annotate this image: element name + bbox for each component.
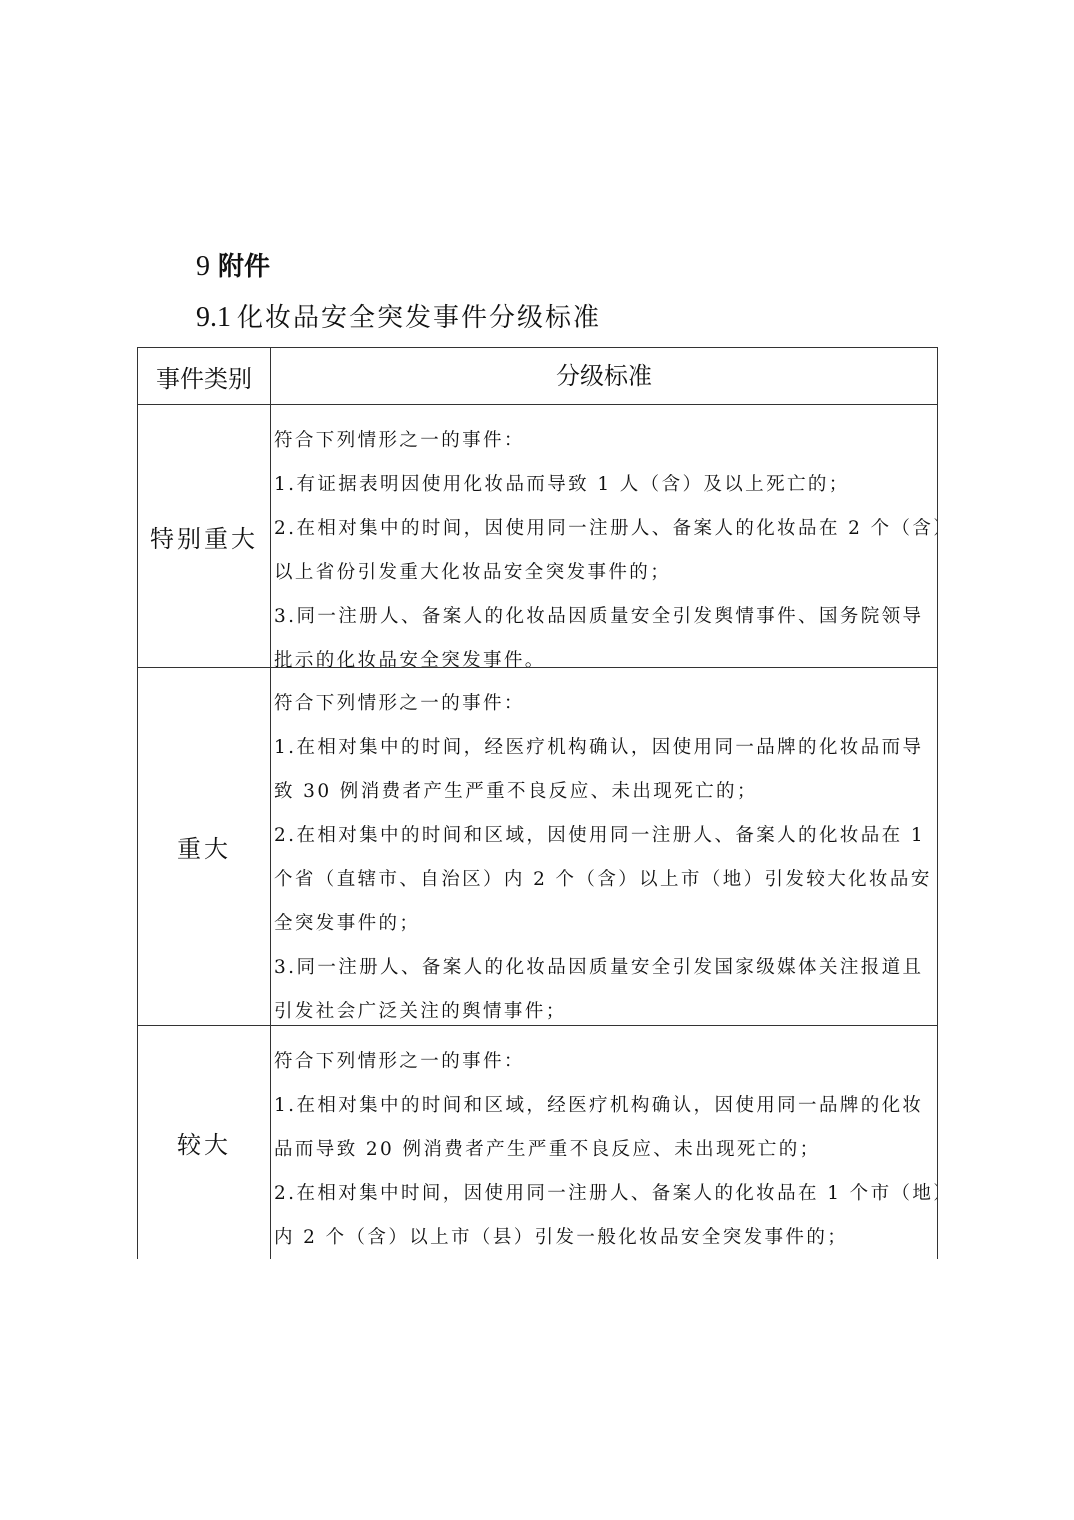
criteria-line: 3.同一注册人、备案人的化妆品因质量安全引发舆情事件、国务院领导 xyxy=(274,595,937,639)
section-heading: 9附件 xyxy=(196,250,270,284)
subsection-title: 化妆品安全突发事件分级标准 xyxy=(237,303,601,333)
criteria-line: 内 2 个（含）以上市（县）引发一般化妆品安全突发事件的； xyxy=(274,1216,937,1259)
section-title: 附件 xyxy=(218,252,270,282)
row-category: 特别重大 xyxy=(138,405,271,667)
criteria-line: 2.在相对集中的时间和区域，因使用同一注册人、备案人的化妆品在 1 xyxy=(274,814,937,858)
criteria-line: 符合下列情形之一的事件： xyxy=(274,419,937,463)
criteria-line: 个省（直辖市、自治区）内 2 个（含）以上市（地）引发较大化妆品安 xyxy=(274,858,937,902)
row-criteria: 符合下列情形之一的事件： 1.在相对集中的时间，经医疗机构确认，因使用同一品牌的… xyxy=(271,668,937,1025)
table-row: 较大 符合下列情形之一的事件： 1.在相对集中的时间和区域，经医疗机构确认，因使… xyxy=(137,1025,938,1259)
criteria-line: 3.同一注册人、备案人的化妆品因质量安全引发国家级媒体关注报道且 xyxy=(274,946,937,990)
section-number: 9 xyxy=(196,251,210,282)
criteria-line: 1.在相对集中的时间，经医疗机构确认，因使用同一品牌的化妆品而导 xyxy=(274,726,937,770)
criteria-line: 2.在相对集中时间，因使用同一注册人、备案人的化妆品在 1 个市（地） xyxy=(274,1172,937,1216)
criteria-line: 致 30 例消费者产生严重不良反应、未出现死亡的； xyxy=(274,770,937,814)
row-category: 重大 xyxy=(138,668,271,1025)
grading-standard-table: 事件类别 分级标准 特别重大 符合下列情形之一的事件： 1.有证据表明因使用化妆… xyxy=(137,347,938,1259)
subsection-heading: 9.1化妆品安全突发事件分级标准 xyxy=(196,300,601,336)
criteria-line: 以上省份引发重大化妆品安全突发事件的； xyxy=(274,551,937,595)
criteria-line: 1.有证据表明因使用化妆品而导致 1 人（含）及以上死亡的； xyxy=(274,463,937,507)
criteria-line: 符合下列情形之一的事件： xyxy=(274,682,937,726)
criteria-line: 符合下列情形之一的事件： xyxy=(274,1040,937,1084)
table-header-row: 事件类别 分级标准 xyxy=(137,347,938,404)
subsection-number: 9.1 xyxy=(196,302,231,333)
criteria-line: 品而导致 20 例消费者产生严重不良反应、未出现死亡的； xyxy=(274,1128,937,1172)
header-event-category: 事件类别 xyxy=(138,348,271,404)
header-grading-criteria: 分级标准 xyxy=(271,348,937,404)
criteria-line: 批示的化妆品安全突发事件。 xyxy=(274,639,937,667)
row-criteria: 符合下列情形之一的事件： 1.有证据表明因使用化妆品而导致 1 人（含）及以上死… xyxy=(271,405,937,667)
table-row: 特别重大 符合下列情形之一的事件： 1.有证据表明因使用化妆品而导致 1 人（含… xyxy=(137,404,938,667)
criteria-line: 全突发事件的； xyxy=(274,902,937,946)
row-category: 较大 xyxy=(138,1026,271,1259)
criteria-line: 1.在相对集中的时间和区域，经医疗机构确认，因使用同一品牌的化妆 xyxy=(274,1084,937,1128)
criteria-line: 引发社会广泛关注的舆情事件； xyxy=(274,990,937,1025)
row-criteria: 符合下列情形之一的事件： 1.在相对集中的时间和区域，经医疗机构确认，因使用同一… xyxy=(271,1026,937,1259)
criteria-line: 2.在相对集中的时间，因使用同一注册人、备案人的化妆品在 2 个（含） xyxy=(274,507,937,551)
table-row: 重大 符合下列情形之一的事件： 1.在相对集中的时间，经医疗机构确认，因使用同一… xyxy=(137,667,938,1025)
